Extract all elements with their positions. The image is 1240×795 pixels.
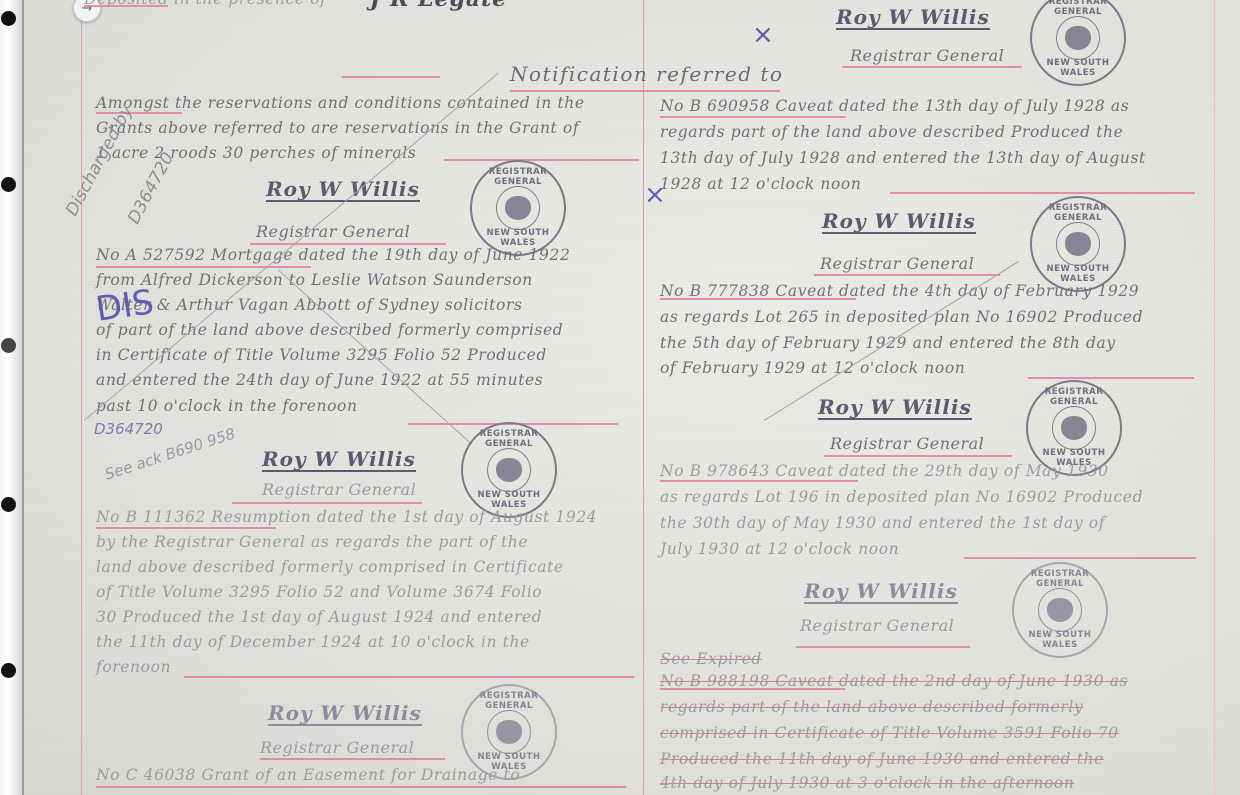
drainage-line-1: No C 46038 Grant of an Easement for Drai… bbox=[96, 764, 520, 786]
red-rule bbox=[890, 192, 1195, 194]
coat-of-arms-icon bbox=[1065, 26, 1091, 50]
coat-of-arms-icon bbox=[1065, 232, 1091, 256]
red-rule bbox=[96, 786, 626, 788]
registrar-signature: Roy W Willis bbox=[804, 580, 958, 604]
red-rule bbox=[96, 266, 311, 268]
registrar-signature: Roy W Willis bbox=[266, 178, 420, 202]
resumption-line-6: the 11th day of December 1924 at 10 o'cl… bbox=[96, 631, 530, 653]
discharge-reference: D364720 bbox=[94, 420, 163, 438]
caveat-1-line-3: 13th day of July 1928 and entered the 13… bbox=[660, 147, 1146, 169]
red-rule bbox=[796, 646, 970, 648]
right-margin-rule bbox=[1214, 0, 1215, 795]
red-rule bbox=[232, 502, 422, 504]
resumption-line-7: forenoon bbox=[96, 656, 171, 678]
discharged-stamp-mark: DIS bbox=[93, 282, 156, 330]
caveat-3-line-2: as regards Lot 196 in deposited plan No … bbox=[660, 486, 1143, 508]
registrar-signature: Roy W Willis bbox=[836, 6, 990, 30]
mortgage-line-5: in Certificate of Title Volume 3295 Foli… bbox=[96, 344, 547, 366]
resumption-line-1: No B 111362 Resumption dated the 1st day… bbox=[96, 506, 597, 528]
caveat-3-line-1: No B 978643 Caveat dated the 29th day of… bbox=[660, 460, 1109, 482]
red-rule bbox=[660, 298, 856, 300]
registrar-signature: Roy W Willis bbox=[262, 448, 416, 472]
registrar-title: Registrar General bbox=[830, 434, 984, 453]
caveat-3-line-3: the 30th day of May 1930 and entered the… bbox=[660, 512, 1105, 534]
red-rule bbox=[96, 527, 276, 529]
red-rule bbox=[660, 688, 845, 690]
reservations-line-2: Grants above referred to are reservation… bbox=[96, 117, 579, 139]
red-rule bbox=[96, 112, 182, 114]
cancelled-entry-line-5: Produced the 11th day of June 1930 and e… bbox=[660, 748, 1104, 770]
mortgage-line-1: No A 527592 Mortgage dated the 19th day … bbox=[96, 244, 570, 266]
red-rule bbox=[814, 274, 1000, 276]
registrar-general-seal: REGISTRAR GENERAL NEW SOUTH WALES bbox=[1030, 196, 1126, 292]
red-rule bbox=[444, 159, 639, 161]
red-rule bbox=[842, 66, 1022, 68]
registrar-general-seal: REGISTRAR GENERAL NEW SOUTH WALES bbox=[1030, 0, 1126, 86]
coat-of-arms-icon bbox=[505, 196, 531, 220]
reservations-line-3: 1 acre 2 roods 30 perches of minerals bbox=[96, 142, 416, 164]
mortgage-line-7: past 10 o'clock in the forenoon bbox=[96, 395, 358, 417]
punch-hole bbox=[1, 11, 16, 26]
registrar-title: Registrar General bbox=[800, 616, 954, 635]
registrar-title: Registrar General bbox=[262, 480, 416, 499]
registrar-signature: Roy W Willis bbox=[822, 210, 976, 234]
punch-hole bbox=[1, 663, 16, 678]
coat-of-arms-icon bbox=[496, 458, 522, 482]
cancelled-entry-line-6: 4th day of July 1930 at 3 o'clock in the… bbox=[660, 772, 1074, 794]
red-rule bbox=[84, 5, 168, 7]
coat-of-arms-icon bbox=[496, 720, 522, 744]
registrar-title: Registrar General bbox=[260, 738, 414, 757]
witness-signature: J R Legate bbox=[370, 0, 507, 10]
cross-mark: × bbox=[644, 180, 666, 210]
caveat-3-line-4: July 1930 at 12 o'clock noon bbox=[660, 538, 899, 560]
reservations-line-1: Amongst the reservations and conditions … bbox=[96, 92, 585, 114]
registrar-general-seal: REGISTRAR GENERAL NEW SOUTH WALES bbox=[470, 160, 566, 256]
caveat-2-line-4: of February 1929 at 12 o'clock noon bbox=[660, 357, 965, 379]
left-margin-rule bbox=[81, 0, 82, 795]
binder-strip bbox=[0, 0, 24, 795]
resumption-line-2: by the Registrar General as regards the … bbox=[96, 531, 528, 553]
cancelled-entry-line-1: See Expired bbox=[660, 648, 762, 670]
red-rule bbox=[824, 455, 1012, 457]
registrar-signature: Roy W Willis bbox=[818, 396, 972, 420]
mortgage-line-4: of part of the land above described form… bbox=[96, 319, 563, 341]
coat-of-arms-icon bbox=[1047, 598, 1073, 622]
cross-mark: × bbox=[752, 20, 774, 50]
resumption-line-4: of Title Volume 3295 Folio 52 and Volume… bbox=[96, 581, 542, 603]
registrar-title: Registrar General bbox=[256, 222, 410, 241]
red-rule bbox=[1028, 377, 1194, 379]
coat-of-arms-icon bbox=[1061, 416, 1087, 440]
resumption-line-5: 30 Produced the 1st day of August 1924 a… bbox=[96, 606, 542, 628]
center-column-rule bbox=[643, 0, 644, 795]
mortgage-line-6: and entered the 24th day of June 1922 at… bbox=[96, 369, 543, 391]
registrar-title: Registrar General bbox=[850, 46, 1004, 65]
red-rule bbox=[184, 676, 634, 678]
red-rule bbox=[964, 557, 1196, 559]
mortgage-line-2: from Alfred Dickerson to Leslie Watson S… bbox=[96, 269, 533, 291]
red-rule bbox=[660, 480, 858, 482]
red-rule bbox=[660, 116, 846, 118]
resumption-line-3: land above described formerly comprised … bbox=[96, 556, 564, 578]
cancelled-entry-line-4: comprised in Certificate of Title Volume… bbox=[660, 722, 1119, 744]
registrar-title: Registrar General bbox=[820, 254, 974, 273]
caveat-1-line-2: regards part of the land above described… bbox=[660, 121, 1123, 143]
punch-hole bbox=[1, 497, 16, 512]
registrar-general-seal: REGISTRAR GENERAL NEW SOUTH WALES bbox=[461, 422, 557, 518]
cancelled-entry-line-3: regards part of the land above described… bbox=[660, 696, 1083, 718]
red-rule bbox=[342, 76, 440, 78]
document-page: → Deposited in the presence of J R Legat… bbox=[24, 0, 1240, 795]
punch-hole bbox=[1, 338, 16, 353]
caveat-1-line-4: 1928 at 12 o'clock noon bbox=[660, 173, 861, 195]
caveat-1-line-1: No B 690958 Caveat dated the 13th day of… bbox=[660, 95, 1129, 117]
registrar-signature: Roy W Willis bbox=[268, 702, 422, 726]
caveat-2-line-2: as regards Lot 265 in deposited plan No … bbox=[660, 306, 1143, 328]
red-rule bbox=[260, 758, 445, 760]
punch-hole bbox=[1, 177, 16, 192]
registrar-general-seal: REGISTRAR GENERAL NEW SOUTH WALES bbox=[1012, 562, 1108, 658]
notification-heading: Notification referred to bbox=[510, 62, 783, 86]
